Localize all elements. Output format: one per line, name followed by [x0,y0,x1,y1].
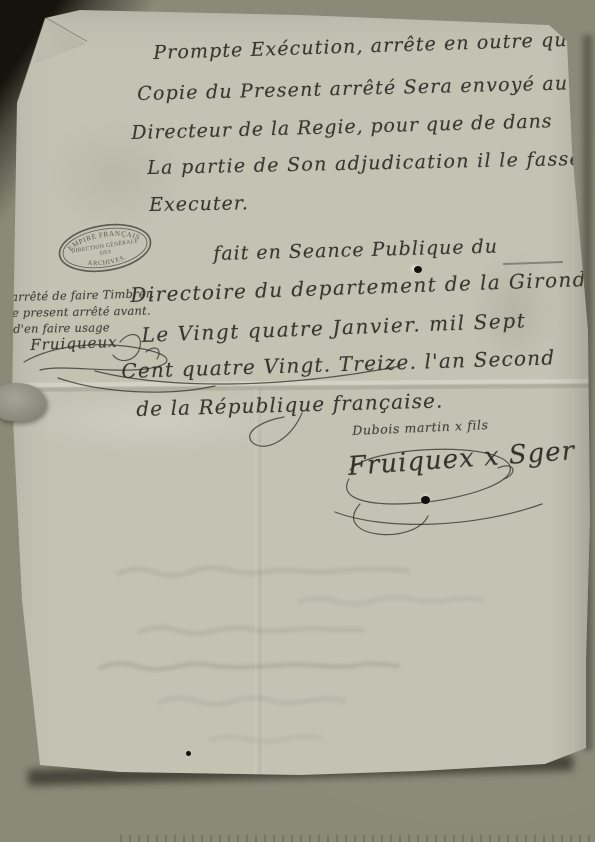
body-line: Prompte Exécution, arrête en outre que [153,29,580,64]
president-signature: Fruiquex x Sger [347,436,576,482]
document-page: Prompte Exécution, arrête en outre que C… [0,0,595,842]
body-line: Le Vingt quatre Janvier. mil Sept [141,308,527,347]
stamp-text-des: DES [100,249,112,257]
body-line: La partie de Son adjudication il le fass… [147,148,582,179]
body-line: de la République française. [136,388,444,421]
paper-hole [414,266,422,273]
body-line: Copie du Present arrêté Sera envoyé au [137,72,569,105]
vertical-fold-crease [255,388,261,774]
margin-signature: Fruiqueux [30,333,118,354]
scanner-mat-specks [120,835,595,842]
scanned-manuscript: Prompte Exécution, arrête en outre que C… [0,0,595,842]
ink-spot [186,751,191,756]
paper-hole [421,496,430,504]
body-line: Executer. [149,192,249,216]
margin-note-line: le present arrêté avant. [8,304,151,320]
dog-ear-fold [28,12,98,70]
body-line: Directoire du departement de la Gironde [130,267,595,307]
body-line: Directeur de la Regie, pour que de dans [131,110,553,144]
line-filler-dash [503,261,563,265]
horizontal-fold-crease [0,379,595,392]
archives-oval-stamp: EMPIRE FRANÇAIS DIRECTION GÉNÉRALE DES A… [53,215,158,282]
body-line: Cent quatre Vingt. Treize. l'an Second [121,345,556,383]
body-line: fait en Seance Publique du [213,236,498,265]
clerk-signature: Dubois martin x fils [352,417,489,438]
